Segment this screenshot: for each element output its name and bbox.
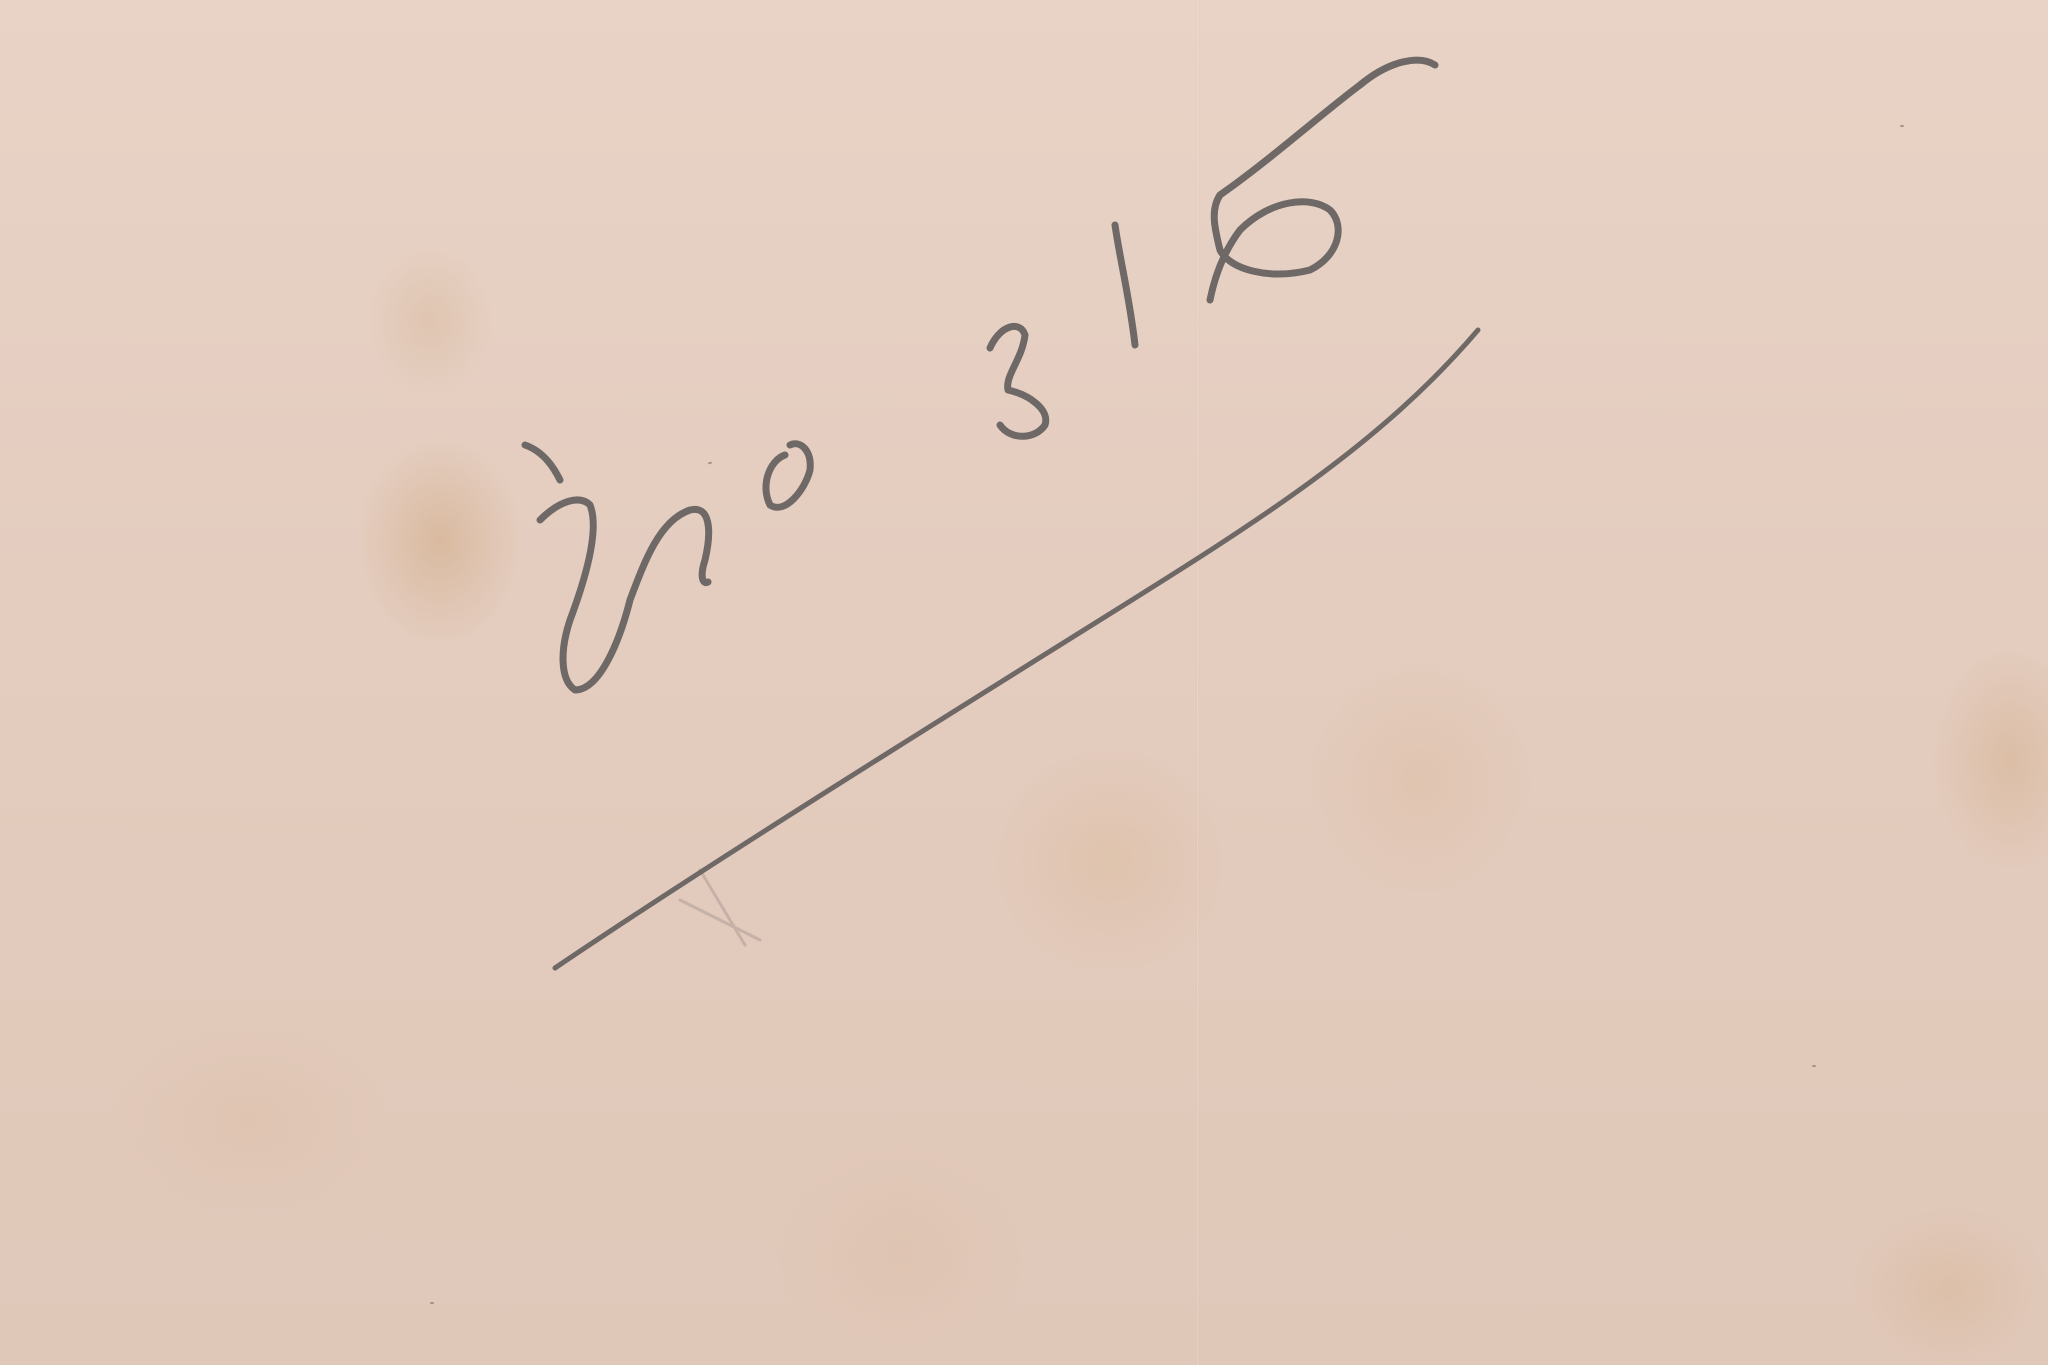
digit-6-stroke: [1210, 60, 1435, 300]
aged-paper: Nro 316: [0, 0, 2048, 1365]
pencil-inscription: [0, 0, 2048, 1365]
letter-n-stroke: [525, 445, 709, 690]
digit-1-stroke: [1115, 225, 1135, 345]
letter-o-stroke: [766, 444, 810, 508]
faint-x-mark: [680, 870, 760, 945]
underline-stroke: [555, 330, 1478, 968]
digit-3-stroke: [990, 326, 1046, 436]
